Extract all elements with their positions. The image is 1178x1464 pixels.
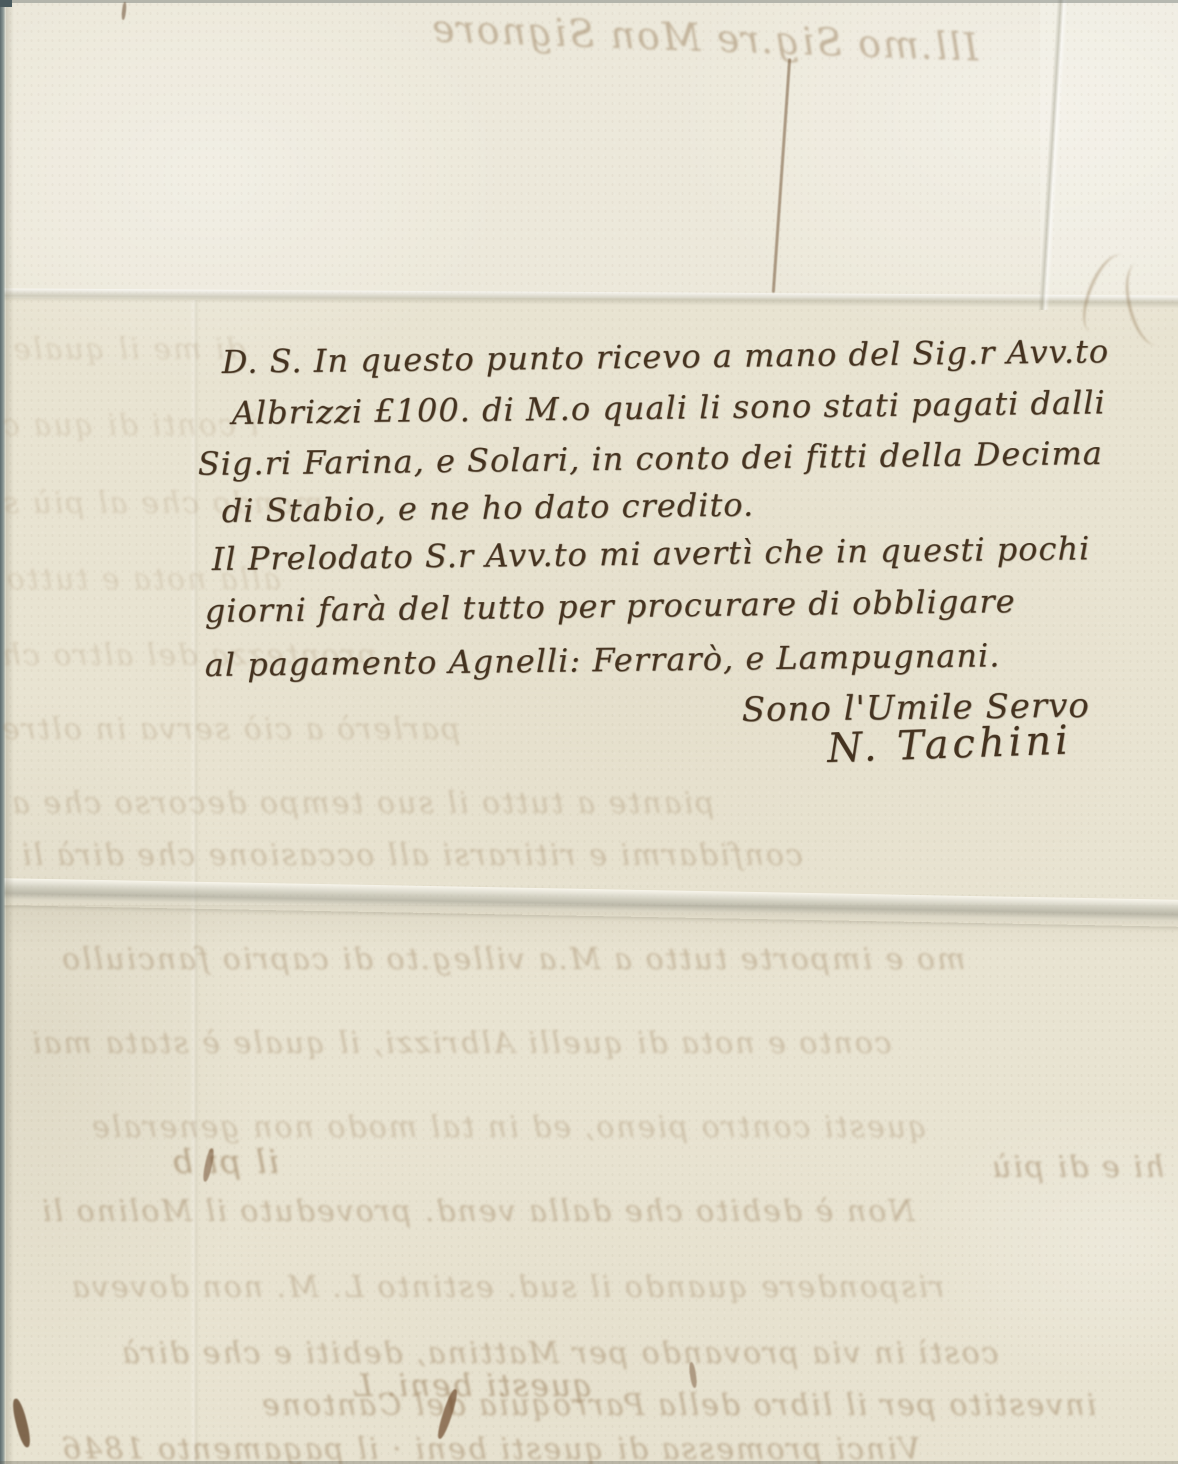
bleedthrough-line: piante a tutto il suo tempo decorso che …: [10, 786, 714, 821]
bleedthrough-line: conto e nota di quelli Albrizzi, il qual…: [30, 1026, 892, 1061]
bleedthrough-line: di me il quale e: [0, 332, 246, 367]
bleedthrough-line: rispondere quando il sud. estinto L. M. …: [70, 1270, 944, 1305]
bleedthrough-dark-fragment: hi e di più: [990, 1150, 1164, 1185]
bleedthrough-line: Vinci promessa di questi beni · il pagam…: [60, 1432, 920, 1464]
bleedthrough-dark-fragment: questi beni. L: [350, 1368, 593, 1404]
bleedthrough-line: parlerò a ciò serva in oltre: [0, 712, 460, 747]
bleedthrough-line: questi contro pieno, ed in tal modo non …: [90, 1110, 927, 1145]
scanner-edge-top-left-corner: [0, 0, 12, 7]
letter-line: di Stabio, e ne ho dato credito.: [222, 485, 755, 530]
bleedthrough-line: costì in via provando per Mattina, debit…: [120, 1336, 999, 1371]
bleedthrough-dark-fragment: il pi b: [170, 1142, 279, 1181]
bleedthrough-line: i conti di qua che: [0, 408, 259, 443]
bleedthrough-line: Non è debito che dalla vend. proveduto i…: [40, 1194, 915, 1229]
bleedthrough-line: confidarmi e ritirarsi all occasione che…: [20, 838, 803, 873]
letter-signature: N. Tachini: [826, 717, 1072, 772]
bleedthrough-line: mo e importe tutto a M.a villeg.to di ca…: [60, 942, 965, 977]
scanner-edge-top: [0, 0, 1178, 3]
scanned-letter-page: { "colors": { "paper": "#e8e3d1", "ink":…: [0, 0, 1178, 1464]
